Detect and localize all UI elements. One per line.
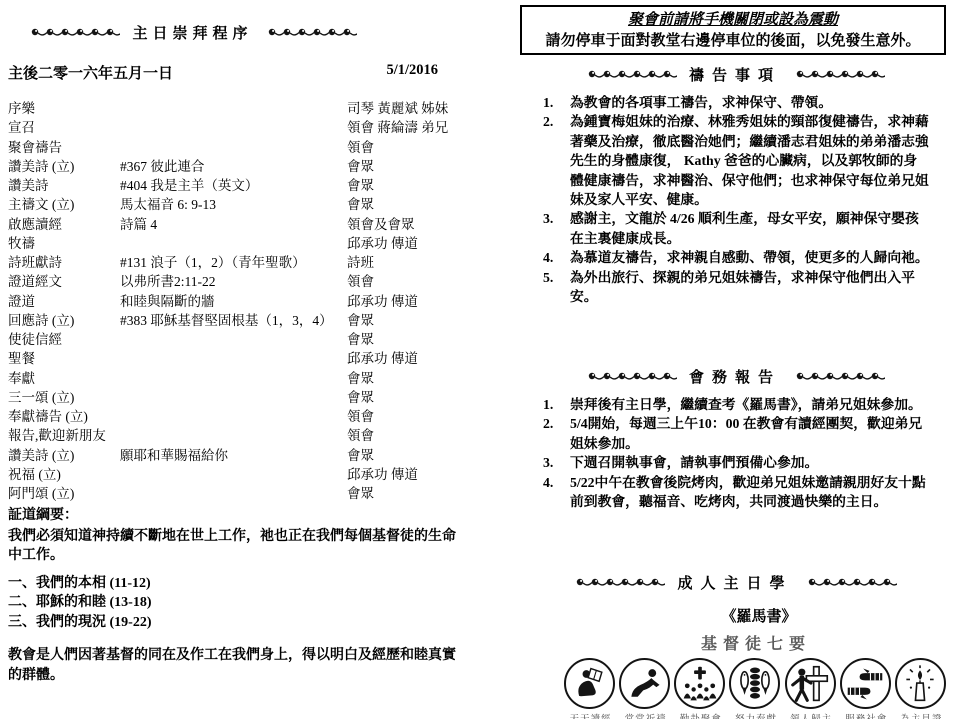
program-row: 阿門頌 (立) 會眾 [8, 482, 466, 501]
program-detail: 和睦與隔斷的牆 [120, 290, 347, 310]
label-witness: 為主見證 [895, 711, 948, 719]
program-leader: 會眾 [347, 155, 466, 175]
church-bulletin: { "left": { "header_title": "主日崇拜程序", "d… [0, 0, 956, 719]
prayer-item-number: 2. [543, 112, 570, 209]
cell-offer: 努力奉獻 [729, 658, 782, 719]
prayer-item: 2. 為鍾寶梅姐妹的治療、林雅秀姐妹的頸部復健禱告，求神藉著藥及治療，徹底醫治她… [543, 112, 933, 209]
scroll-ornament [573, 577, 665, 588]
strive-to-offer-icon [729, 658, 780, 709]
announcement-item-text: 5/4開始，每週三上午10：00 在教會有讀經團契，歡迎弟兄姐妹參加。 [570, 414, 930, 453]
program-detail: #404 我是主羊（英文） [120, 174, 347, 194]
study-book-title: 《羅馬書》 [538, 605, 956, 626]
program-row: 奉獻 會眾 [8, 367, 466, 386]
witness-for-lord-icon [895, 658, 946, 709]
program-leader: 領會 [347, 136, 466, 156]
program-item: 祝福 (立) [8, 463, 120, 483]
program-detail: #367 彼此連合 [120, 155, 347, 175]
program-detail: 願耶和華賜福給你 [120, 444, 347, 464]
program-detail [120, 482, 347, 502]
program-row: 聖餐 邱承功 傳道 [8, 347, 466, 366]
announcement-item: 2. 5/4開始，每週三上午10：00 在教會有讀經團契，歡迎弟兄姐妹參加。 [543, 414, 933, 453]
program-item: 宣召 [8, 116, 120, 136]
seven-essentials-title: 基督徒七要 [564, 631, 948, 654]
sermon-intro: 我們必須知道神持續不斷地在世上工作，祂也正在我們每個基督徒的生命中工作。 [8, 527, 460, 566]
program-detail [120, 232, 347, 252]
announcement-list: 1. 崇拜後有主日學，繼續查考《羅馬書》，請弟兄姐妹參加。 2. 5/4開始，每… [543, 395, 933, 511]
program-row: 回應詩 (立) #383 耶穌基督堅固根基（1，3，4） 會眾 [8, 309, 466, 328]
cell-witness: 為主見證 [895, 658, 948, 719]
prayer-items-header: 禱告事項 [514, 64, 956, 85]
prayer-items-title: 禱告事項 [689, 64, 781, 85]
read-bible-daily-icon [564, 658, 615, 709]
program-row: 讚美詩 #404 我是主羊（英文） 會眾 [8, 174, 466, 193]
prayer-list: 1. 為教會的各項事工禱告，求神保守、帶領。 2. 為鍾寶梅姐妹的治療、林雅秀姐… [543, 93, 933, 306]
prayer-item-number: 1. [543, 93, 570, 112]
program-table: 序樂 司琴 黃麗斌 姊妹 宣召 領會 蔣綸濤 弟兄 聚會禱告 領會 讚美詩 (立… [8, 97, 466, 501]
pray-often-icon [619, 658, 670, 709]
program-detail [120, 116, 347, 136]
program-item: 序樂 [8, 97, 120, 117]
program-row: 序樂 司琴 黃麗斌 姊妹 [8, 97, 466, 116]
program-leader: 領會 [347, 405, 466, 425]
announcement-item: 1. 崇拜後有主日學，繼續查考《羅馬書》，請弟兄姐妹參加。 [543, 395, 933, 414]
program-item: 阿門頌 (立) [8, 482, 120, 502]
program-leader: 會眾 [347, 386, 466, 406]
program-leader: 會眾 [347, 309, 466, 329]
program-item: 聖餐 [8, 347, 120, 367]
announcement-item-number: 4. [543, 473, 570, 512]
date-row: 主後二零一六年五月一日 5/1/2016 [8, 62, 438, 83]
program-leader: 詩班 [347, 251, 466, 271]
program-leader: 邱承功 傳道 [347, 463, 466, 483]
program-item: 讚美詩 [8, 174, 120, 194]
program-item: 證道 [8, 290, 120, 310]
program-item: 奉獻禱告 (立) [8, 405, 120, 425]
program-leader: 會眾 [347, 444, 466, 464]
sermon-outline: 証道綱要： 我們必須知道神持續不斷地在世上工作，祂也正在我們每個基督徒的生命中工… [8, 506, 460, 685]
label-read-bible: 天天讀經 [564, 711, 617, 719]
program-leader: 司琴 黃麗斌 姊妹 [347, 97, 466, 117]
scroll-ornament [585, 371, 677, 382]
prayer-item-number: 4. [543, 248, 570, 267]
sermon-point: 一、我們的本相 (11-12) [8, 574, 460, 594]
label-gather: 勤赴聚會 [674, 711, 727, 719]
program-row: 報告,歡迎新朋友 領會 [8, 424, 466, 443]
program-item: 啟應讀經 [8, 213, 120, 233]
label-offer: 努力奉獻 [729, 711, 782, 719]
program-detail [120, 367, 347, 387]
seven-essentials-figure: 基督徒七要 天天讀經 [564, 631, 948, 719]
program-item: 詩班獻詩 [8, 251, 120, 271]
announcement-item-text: 下週召開執事會，請執事們預備心參加。 [570, 453, 930, 472]
program-row: 主禱文 (立) 馬太福音 6: 9-13 會眾 [8, 193, 466, 212]
announcements-page: 聚會前請將手機關閉或設為震動 請勿停車于面對教堂右邊停車位的後面，以免發生意外。… [478, 0, 956, 719]
church-affairs-header: 會務報告 [514, 366, 956, 387]
cell-gather: 勤赴聚會 [674, 658, 727, 719]
announcement-item-text: 崇拜後有主日學，繼續查考《羅馬書》，請弟兄姐妹參加。 [570, 395, 930, 414]
announcement-item-number: 1. [543, 395, 570, 414]
announcement-item: 3. 下週召開執事會，請執事們預備心參加。 [543, 453, 933, 472]
date-chinese: 主後二零一六年五月一日 [8, 62, 173, 83]
program-item: 回應詩 (立) [8, 309, 120, 329]
program-row: 證道經文 以弗所書2:11-22 領會 [8, 270, 466, 289]
announcement-item-text: 5/22中午在教會後院烤肉，歡迎弟兄姐妹邀請親朋好友十點前到教會，聽福音、吃烤肉… [570, 473, 930, 512]
program-item: 讚美詩 (立) [8, 444, 120, 464]
lead-people-to-lord-icon [785, 658, 836, 709]
prayer-item: 5. 為外出旅行、探親的弟兄姐妹禱告，求神保守他們出入平安。 [543, 268, 933, 307]
prayer-item-number: 5. [543, 268, 570, 307]
serve-society-icon [840, 658, 891, 709]
program-row: 證道 和睦與隔斷的牆 邱承功 傳道 [8, 290, 466, 309]
scroll-ornament [805, 577, 897, 588]
program-row: 詩班獻詩 #131 浪子（1，2）（青年聖歌） 詩班 [8, 251, 466, 270]
program-leader: 會眾 [347, 193, 466, 213]
prayer-item: 4. 為慕道友禱告，求神親自感動、帶領，使更多的人歸向祂。 [543, 248, 933, 267]
prayer-item-text: 為教會的各項事工禱告，求神保守、帶領。 [570, 93, 930, 112]
label-serve: 服務社會 [840, 711, 893, 719]
sermon-conclusion: 教會是人們因著基督的同在及作工在我們身上，得以明白及經歷和睦真實的群體。 [8, 646, 460, 685]
program-leader: 邱承功 傳道 [347, 347, 466, 367]
program-detail [120, 97, 347, 117]
program-row: 奉獻禱告 (立) 領會 [8, 405, 466, 424]
sermon-points: 一、我們的本相 (11-12)二、耶穌的和睦 (13-18)三、我們的現況 (1… [8, 574, 460, 633]
program-detail [120, 424, 347, 444]
program-leader: 會眾 [347, 367, 466, 387]
worship-order-page: 主日崇拜程序 主後二零一六年五月一日 5/1/2016 序樂 司琴 黃麗斌 姊妹… [0, 0, 478, 719]
notice-box: 聚會前請將手機關閉或設為震動 請勿停車于面對教堂右邊停車位的後面，以免發生意外。 [520, 5, 946, 55]
program-item: 奉獻 [8, 367, 120, 387]
worship-order-title: 主日崇拜程序 [132, 22, 252, 43]
program-row: 啟應讀經 詩篇 4 領會及會眾 [8, 213, 466, 232]
prayer-item: 3. 感謝主，文龍於 4/26 順利生產，母女平安，願神保守嬰孩在主裏健康成長。 [543, 209, 933, 248]
program-detail [120, 463, 347, 483]
program-leader: 領會 [347, 270, 466, 290]
program-leader: 領會 蔣綸濤 弟兄 [347, 116, 466, 136]
program-leader: 邱承功 傳道 [347, 290, 466, 310]
program-row: 牧禱 邱承功 傳道 [8, 232, 466, 251]
parking-notice: 請勿停車于面對教堂右邊停車位的後面，以免發生意外。 [526, 29, 940, 50]
cell-pray: 常常祈禱 [619, 658, 672, 719]
label-pray: 常常祈禱 [619, 711, 672, 719]
prayer-item-text: 為外出旅行、探親的弟兄姐妹禱告，求神保守他們出入平安。 [570, 268, 930, 307]
program-item: 使徒信經 [8, 328, 120, 348]
sermon-point: 二、耶穌的和睦 (13-18) [8, 593, 460, 613]
program-row: 聚會禱告 領會 [8, 136, 466, 155]
prayer-item-text: 為慕道友禱告，求神親自感動、帶領，使更多的人歸向祂。 [570, 248, 930, 267]
scroll-ornament [793, 69, 885, 80]
program-detail [120, 347, 347, 367]
program-item: 讚美詩 (立) [8, 155, 120, 175]
cell-lead: 領人歸主 [785, 658, 838, 719]
sermon-outline-title: 証道綱要： [8, 506, 460, 526]
program-detail: 馬太福音 6: 9-13 [120, 193, 347, 213]
program-item: 主禱文 (立) [8, 193, 120, 213]
scroll-ornament [265, 27, 357, 38]
program-item: 牧禱 [8, 232, 120, 252]
scroll-ornament [28, 27, 120, 38]
program-row: 使徒信經 會眾 [8, 328, 466, 347]
program-detail [120, 405, 347, 425]
program-row: 讚美詩 (立) 願耶和華賜福給你 會眾 [8, 444, 466, 463]
seven-essentials-icons: 天天讀經 常常祈禱 [564, 658, 948, 719]
program-row: 三一頌 (立) 會眾 [8, 386, 466, 405]
prayer-item: 1. 為教會的各項事工禱告，求神保守、帶領。 [543, 93, 933, 112]
program-leader: 會眾 [347, 482, 466, 502]
program-item: 三一頌 (立) [8, 386, 120, 406]
announcement-item-number: 2. [543, 414, 570, 453]
scroll-ornament [793, 371, 885, 382]
program-leader: 邱承功 傳道 [347, 232, 466, 252]
program-detail: 以弗所書2:11-22 [120, 270, 347, 290]
program-detail: #131 浪子（1，2）（青年聖歌） [120, 251, 347, 271]
church-affairs-title: 會務報告 [689, 366, 781, 387]
program-detail: 詩篇 4 [120, 213, 347, 233]
program-row: 祝福 (立) 邱承功 傳道 [8, 463, 466, 482]
program-detail [120, 328, 347, 348]
program-detail [120, 386, 347, 406]
prayer-item-text: 為鍾寶梅姐妹的治療、林雅秀姐妹的頸部復健禱告，求神藉著藥及治療，徹底醫治她們；繼… [570, 112, 930, 209]
attend-gatherings-icon [674, 658, 725, 709]
date-numeric: 5/1/2016 [386, 62, 438, 83]
adult-sunday-school-header: 成人主日學 [514, 572, 956, 593]
scroll-ornament [585, 69, 677, 80]
announcement-item: 4. 5/22中午在教會後院烤肉，歡迎弟兄姐妹邀請親朋好友十點前到教會，聽福音、… [543, 473, 933, 512]
program-row: 讚美詩 (立) #367 彼此連合 會眾 [8, 155, 466, 174]
program-item: 證道經文 [8, 270, 120, 290]
worship-order-header: 主日崇拜程序 [0, 22, 385, 43]
program-detail [120, 136, 347, 156]
program-detail: #383 耶穌基督堅固根基（1，3，4） [120, 309, 347, 329]
cell-serve: 服務社會 [840, 658, 893, 719]
program-item: 報告,歡迎新朋友 [8, 424, 120, 444]
program-item: 聚會禱告 [8, 136, 120, 156]
program-row: 宣召 領會 蔣綸濤 弟兄 [8, 116, 466, 135]
cell-read-bible: 天天讀經 [564, 658, 617, 719]
label-lead: 領人歸主 [785, 711, 838, 719]
program-leader: 會眾 [347, 174, 466, 194]
prayer-item-text: 感謝主，文龍於 4/26 順利生產，母女平安，願神保守嬰孩在主裏健康成長。 [570, 209, 930, 248]
announcement-item-number: 3. [543, 453, 570, 472]
sermon-point: 三、我們的現況 (19-22) [8, 613, 460, 633]
program-leader: 領會 [347, 424, 466, 444]
program-leader: 會眾 [347, 328, 466, 348]
prayer-item-number: 3. [543, 209, 570, 248]
adult-sunday-school-title: 成人主日學 [677, 572, 792, 593]
phone-silence-notice: 聚會前請將手機關閉或設為震動 [526, 8, 940, 29]
program-leader: 領會及會眾 [347, 213, 466, 233]
